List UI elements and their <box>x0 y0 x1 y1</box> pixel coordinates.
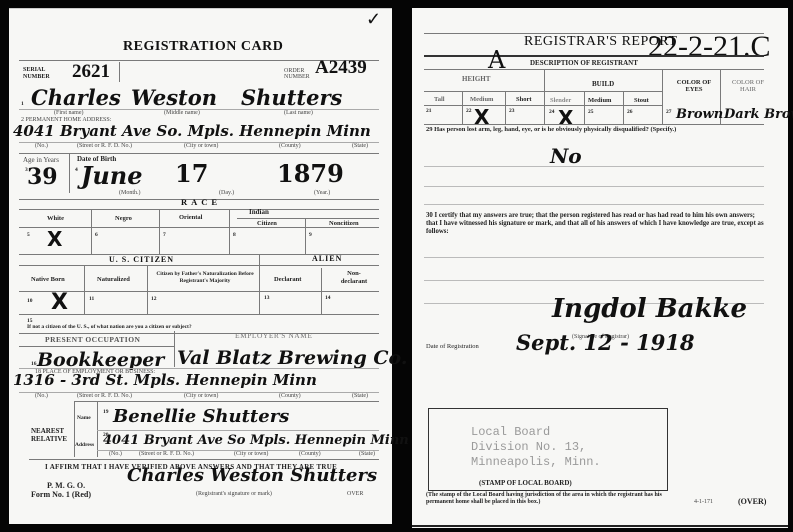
native-born-mark: X <box>51 290 68 315</box>
local-board-stamp-box: Local Board Division No. 13, Minneapolis… <box>428 408 668 491</box>
order-label: ORDER NUMBER <box>284 68 314 80</box>
registrar-signature: Ingdol Bakke <box>552 294 747 324</box>
registration-card-back: REGISTRAR'S REPORT 22-2-21.C DESCRIPTION… <box>412 8 788 528</box>
relative-address: 4041 Bryant Ave So Mpls. Hennepin Minn <box>103 433 409 448</box>
race-white-mark: X <box>47 227 62 251</box>
certification-text: 30 I certify that my answers are true; t… <box>426 212 766 236</box>
over-label: (OVER) <box>738 497 766 506</box>
race-header: RACE <box>181 197 221 207</box>
form-number: Form No. 1 (Red) <box>31 490 91 499</box>
employment-place-value: 1316 - 3rd St. Mpls. Hennepin Minn <box>13 371 317 389</box>
eye-color: Brown <box>676 107 723 122</box>
order-number: A2439 <box>315 57 367 79</box>
age-label: Age in Years <box>23 156 59 164</box>
nearest-relative-label: NEAREST RELATIVE <box>31 427 71 443</box>
registration-date: Sept. 12 - 1918 <box>516 330 695 355</box>
stamp-instructions: (The stamp of the Local Board having jur… <box>426 492 676 506</box>
age-value: 39 <box>27 164 58 190</box>
disability-answer: No <box>550 144 582 168</box>
name-first: Charles <box>31 85 121 110</box>
serial-number: 2621 <box>72 61 110 83</box>
card-title: REGISTRATION CARD <box>123 39 283 55</box>
hair-color: Dark Brown <box>724 107 793 122</box>
file-number-stamp: 22-2-21.C <box>648 30 771 64</box>
dob-month: June <box>81 161 143 190</box>
dob-year: 1879 <box>277 159 344 188</box>
relative-name: Benellie Shutters <box>113 406 289 427</box>
address-value: 4041 Bryant Ave So. Mpls. Hennepin Minn <box>13 122 371 140</box>
dob-day: 17 <box>175 159 208 188</box>
registrant-signature: Charles Weston Shutters <box>127 465 377 486</box>
disability-question: 29 Has person lost arm, leg, hand, eye, … <box>426 126 766 134</box>
name-last: Shutters <box>241 85 342 110</box>
name-middle: Weston <box>131 85 217 110</box>
registration-card-front: ✓ REGISTRATION CARD SERIAL NUMBER 2621 O… <box>9 8 392 524</box>
check-mark: ✓ <box>366 9 381 30</box>
employer-value: Val Blatz Brewing Co. <box>177 347 407 369</box>
serial-label: SERIAL NUMBER <box>23 67 53 81</box>
nation-question: If not a citizen of the U. S., of what n… <box>27 324 192 330</box>
